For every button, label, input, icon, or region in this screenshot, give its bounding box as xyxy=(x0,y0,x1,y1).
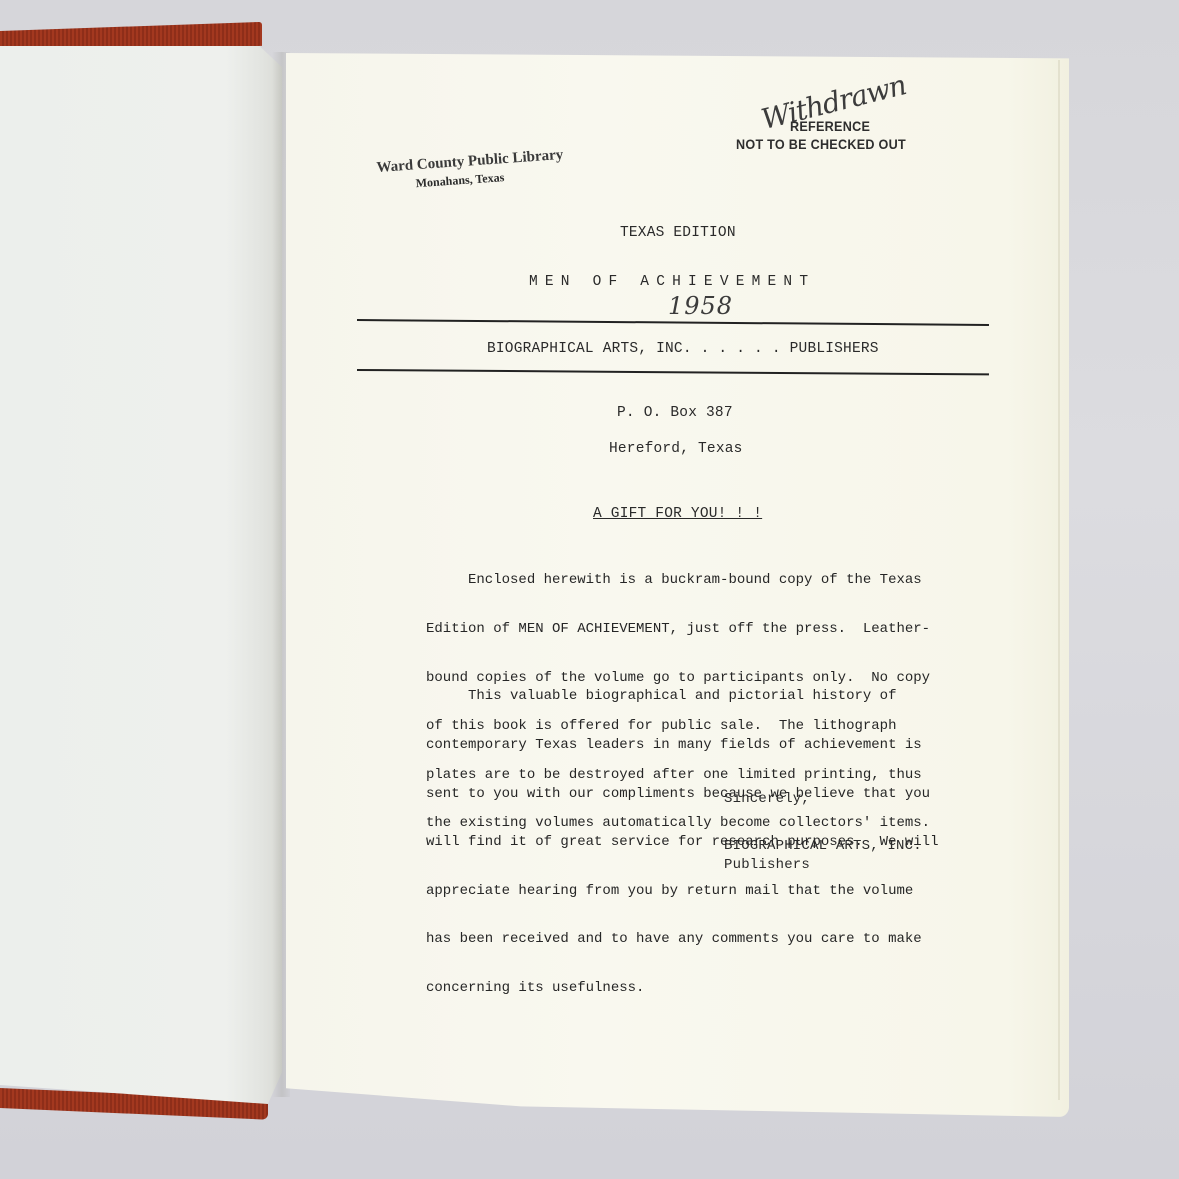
address-city: Hereford, Texas xyxy=(609,441,743,457)
publisher-line: BIOGRAPHICAL ARTS, INC. . . . . . PUBLIS… xyxy=(487,341,879,357)
paragraph-2-line: concerning its usefulness. xyxy=(426,980,946,996)
paragraph-2-line: sent to you with our compliments because… xyxy=(426,786,946,802)
book-title: MEN OF ACHIEVEMENT xyxy=(529,274,815,290)
paragraph-2: This valuable biographical and pictorial… xyxy=(426,656,946,1012)
paragraph-1-line: Edition of MEN OF ACHIEVEMENT, just off … xyxy=(426,621,946,637)
paragraph-2-line: contemporary Texas leaders in many field… xyxy=(426,737,946,753)
page-edge-line xyxy=(1058,60,1060,1100)
closing: Sincerely, xyxy=(724,791,810,807)
endpaper-left xyxy=(0,46,282,1104)
paragraph-2-line: appreciate hearing from you by return ma… xyxy=(426,883,946,899)
edition-label: TEXAS EDITION xyxy=(620,225,736,241)
address-po-box: P. O. Box 387 xyxy=(617,405,733,421)
paragraph-1-line: Enclosed herewith is a buckram-bound cop… xyxy=(426,572,946,588)
paragraph-2-line: has been received and to have any commen… xyxy=(426,931,946,947)
signature-company: BIOGRAPHICAL ARTS, INC. xyxy=(724,838,922,854)
gift-heading: A GIFT FOR YOU! ! ! xyxy=(593,506,762,522)
reference-stamp: REFERENCE NOT TO BE CHECKED OUT xyxy=(736,117,906,153)
paragraph-2-line: This valuable biographical and pictorial… xyxy=(426,688,946,704)
not-checked-out-label: NOT TO BE CHECKED OUT xyxy=(736,136,906,152)
handwritten-year: 1958 xyxy=(668,292,733,320)
signature-title: Publishers xyxy=(724,857,810,873)
